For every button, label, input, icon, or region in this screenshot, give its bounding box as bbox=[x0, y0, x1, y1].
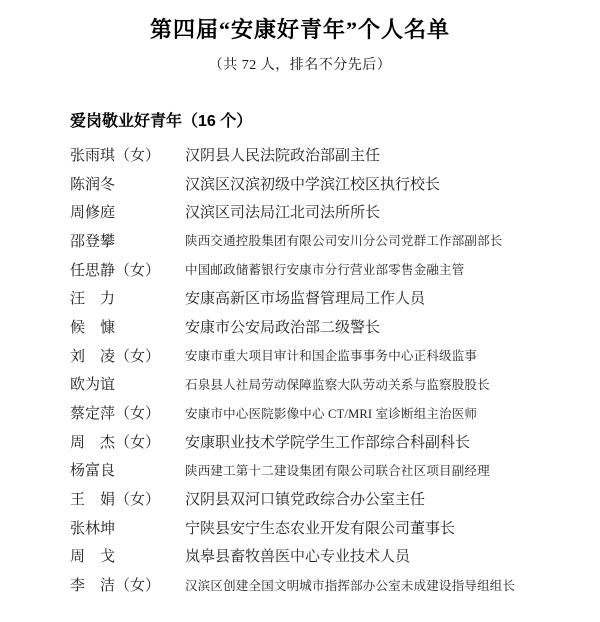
person-name: 欧为谊 bbox=[70, 373, 185, 394]
person-name: 蔡定萍（女） bbox=[70, 402, 185, 423]
list-item: 欧为谊 石泉县人社局劳动保障监察大队劳动关系与监察股股长 bbox=[70, 370, 600, 399]
person-name: 汪 力 bbox=[70, 287, 185, 308]
person-title: 汉阴县双河口镇党政综合办公室主任 bbox=[185, 488, 425, 509]
list-item: 杨富良 陕西建工第十二建设集团有限公司联合社区项目副经理 bbox=[70, 456, 600, 485]
list-item: 汪 力 安康高新区市场监督管理局工作人员 bbox=[70, 283, 600, 312]
list-item: 王 娟（女） 汉阴县双河口镇党政综合办公室主任 bbox=[70, 484, 600, 513]
person-name: 李 洁（女） bbox=[70, 574, 185, 595]
person-title: 安康职业技术学院学生工作部综合科副科长 bbox=[185, 431, 470, 452]
person-name: 周 杰（女） bbox=[70, 431, 185, 452]
person-title: 汉滨区汉滨初级中学滨江校区执行校长 bbox=[185, 173, 440, 194]
person-list: 张雨琪（女） 汉阴县人民法院政治部副主任 陈润冬 汉滨区汉滨初级中学滨江校区执行… bbox=[70, 140, 600, 599]
person-title: 安康高新区市场监督管理局工作人员 bbox=[185, 287, 425, 308]
person-name: 周 戈 bbox=[70, 545, 185, 566]
person-title: 中国邮政储蓄银行安康市分行营业部零售金融主管 bbox=[185, 260, 464, 278]
person-title: 汉滨区司法局江北司法所所长 bbox=[185, 201, 380, 222]
page-subtitle: （共 72 人，排名不分先后） bbox=[0, 54, 600, 74]
person-title: 安康市重大项目审计和国企监事事务中心正科级监事 bbox=[185, 346, 477, 364]
person-name: 候 慷 bbox=[70, 316, 185, 337]
person-title: 石泉县人社局劳动保障监察大队劳动关系与监察股股长 bbox=[185, 375, 490, 393]
person-title: 陕西交通控股集团有限公司安川分公司党群工作部副部长 bbox=[185, 231, 503, 249]
list-item: 周 戈 岚皋县畜牧兽医中心专业技术人员 bbox=[70, 542, 600, 571]
list-item: 周修庭 汉滨区司法局江北司法所所长 bbox=[70, 197, 600, 226]
person-title: 安康市中心医院影像中心 CT/MRI 室诊断组主治医师 bbox=[185, 404, 477, 422]
list-item: 邵登攀 陕西交通控股集团有限公司安川分公司党群工作部副部长 bbox=[70, 226, 600, 255]
person-name: 陈润冬 bbox=[70, 173, 185, 194]
page-title: 第四届“安康好青年”个人名单 bbox=[0, 0, 600, 44]
list-item: 任思静（女） 中国邮政储蓄银行安康市分行营业部零售金融主管 bbox=[70, 255, 600, 284]
list-item: 陈润冬 汉滨区汉滨初级中学滨江校区执行校长 bbox=[70, 169, 600, 198]
person-name: 张林坤 bbox=[70, 517, 185, 538]
document-page: 第四届“安康好青年”个人名单 （共 72 人，排名不分先后） 爱岗敬业好青年（1… bbox=[0, 0, 600, 622]
list-item: 蔡定萍（女） 安康市中心医院影像中心 CT/MRI 室诊断组主治医师 bbox=[70, 398, 600, 427]
list-item: 周 杰（女） 安康职业技术学院学生工作部综合科副科长 bbox=[70, 427, 600, 456]
person-name: 张雨琪（女） bbox=[70, 144, 185, 165]
list-item: 张林坤 宁陕县安宁生态农业开发有限公司董事长 bbox=[70, 513, 600, 542]
person-name: 周修庭 bbox=[70, 201, 185, 222]
person-title: 安康市公安局政治部二级警长 bbox=[185, 316, 380, 337]
person-title: 宁陕县安宁生态农业开发有限公司董事长 bbox=[185, 517, 455, 538]
person-title: 陕西建工第十二建设集团有限公司联合社区项目副经理 bbox=[185, 461, 490, 479]
person-name: 刘 凌（女） bbox=[70, 345, 185, 366]
list-item: 候 慷 安康市公安局政治部二级警长 bbox=[70, 312, 600, 341]
person-name: 任思静（女） bbox=[70, 259, 185, 280]
person-title: 岚皋县畜牧兽医中心专业技术人员 bbox=[185, 545, 410, 566]
person-name: 杨富良 bbox=[70, 459, 185, 480]
list-item: 李 洁（女） 汉滨区创建全国文明城市指挥部办公室未成建设指导组组长 bbox=[70, 570, 600, 599]
person-title: 汉阴县人民法院政治部副主任 bbox=[185, 144, 380, 165]
section-heading: 爱岗敬业好青年（16 个） bbox=[70, 108, 600, 131]
person-title: 汉滨区创建全国文明城市指挥部办公室未成建设指导组组长 bbox=[185, 576, 515, 594]
list-item: 刘 凌（女） 安康市重大项目审计和国企监事事务中心正科级监事 bbox=[70, 341, 600, 370]
person-name: 王 娟（女） bbox=[70, 488, 185, 509]
list-item: 张雨琪（女） 汉阴县人民法院政治部副主任 bbox=[70, 140, 600, 169]
person-name: 邵登攀 bbox=[70, 230, 185, 251]
